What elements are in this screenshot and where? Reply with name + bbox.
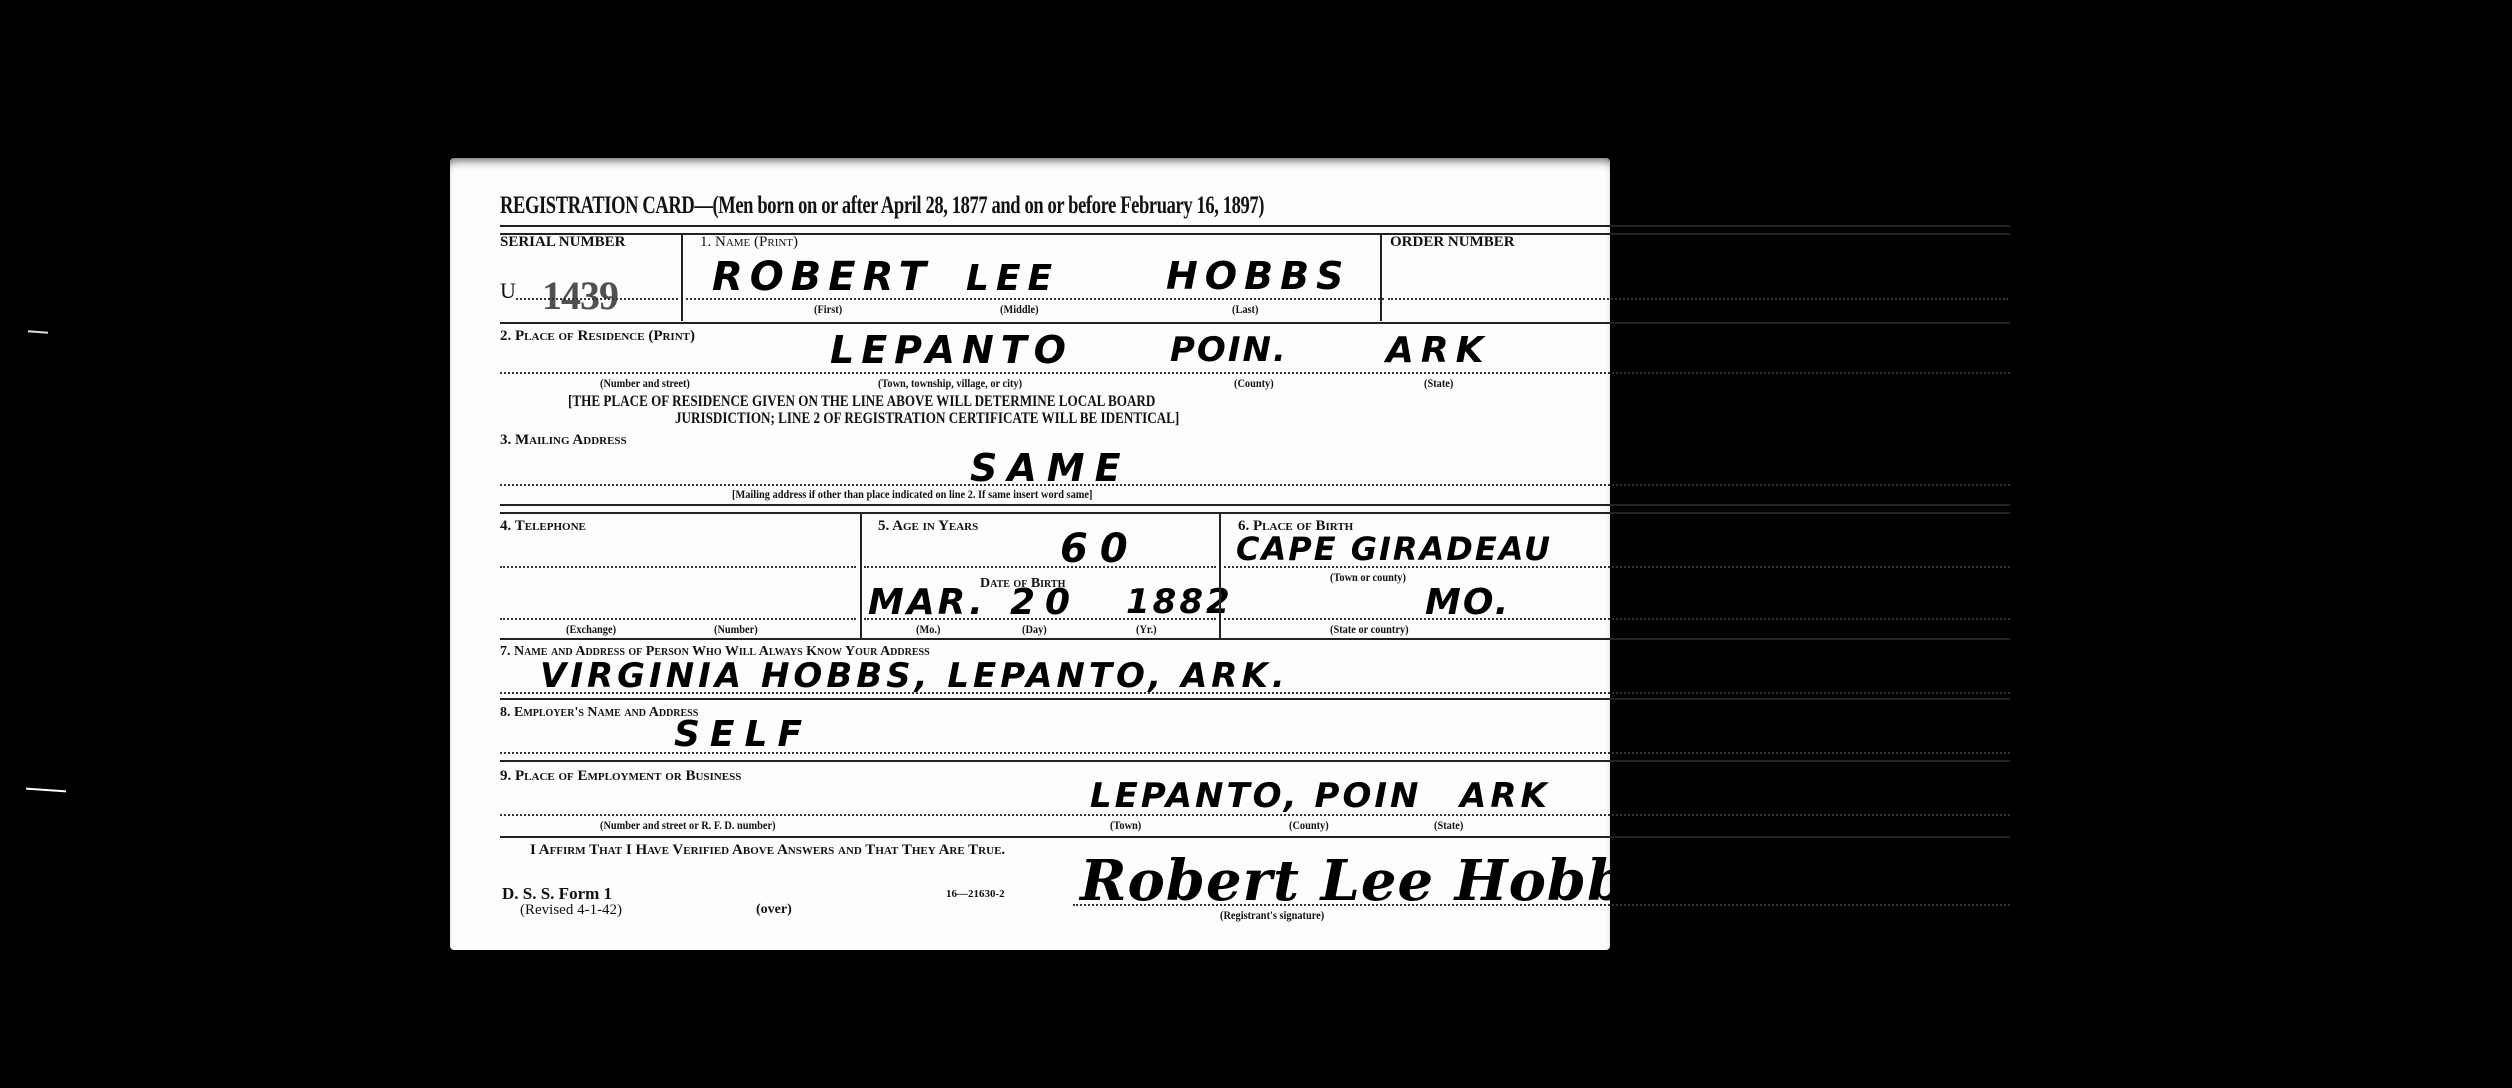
residence-town-caption: (Town, township, village, or city) xyxy=(878,378,1022,390)
residence-town-value: LEPANTO xyxy=(830,328,1073,372)
divider xyxy=(500,322,2010,324)
telephone-exchange-caption: (Exchange) xyxy=(566,624,616,636)
telephone-label: 4. Telephone xyxy=(500,518,586,535)
residence-line xyxy=(500,372,2010,374)
mailing-address-line xyxy=(500,484,2010,486)
employer-label: 8. Employer's Name and Address xyxy=(500,705,698,721)
place-of-employment-county-caption: (County) xyxy=(1289,820,1329,832)
divider xyxy=(500,760,2010,762)
name-middle-caption: (Middle) xyxy=(1000,304,1039,316)
place-of-employment-line xyxy=(500,814,2010,816)
mailing-address-caption: [Mailing address if other than place ind… xyxy=(732,489,1092,501)
serial-number-label: SERIAL NUMBER xyxy=(500,234,625,251)
age-line xyxy=(864,566,1216,568)
divider xyxy=(1219,514,1221,638)
name-first-value: ROBERT xyxy=(712,254,933,300)
divider xyxy=(681,233,683,321)
name-last-caption: (Last) xyxy=(1232,304,1258,316)
residence-notice-line-1: [THE PLACE OF RESIDENCE GIVEN ON THE LIN… xyxy=(568,393,1155,411)
registration-card: REGISTRATION CARD—(Men born on or after … xyxy=(450,158,1610,950)
card-title: REGISTRATION CARD—(Men born on or after … xyxy=(500,192,1264,220)
telephone-line-2 xyxy=(500,618,856,620)
place-of-birth-state-value: MO. xyxy=(1425,582,1510,623)
order-number-line xyxy=(1388,298,2008,300)
telephone-number-caption: (Number) xyxy=(714,624,758,636)
mailing-address-label: 3. Mailing Address xyxy=(500,432,627,449)
employer-value: SELF xyxy=(674,714,812,755)
residence-notice-line-2: JURISDICTION; LINE 2 OF REGISTRATION CER… xyxy=(675,410,1179,428)
signature-line xyxy=(1073,904,2010,906)
order-number-label: ORDER NUMBER xyxy=(1390,234,1515,251)
place-of-birth-state-line xyxy=(1224,618,2010,620)
scan-speck xyxy=(26,788,66,793)
form-revised: (Revised 4-1-42) xyxy=(520,902,622,919)
place-of-employment-state-value: ARK xyxy=(1460,776,1551,816)
place-of-birth-state-caption: (State or country) xyxy=(1330,624,1409,636)
divider xyxy=(860,514,862,638)
divider xyxy=(1380,233,1382,321)
telephone-line-1 xyxy=(500,566,856,568)
name-label: 1. Name (Print) xyxy=(700,234,798,251)
employer-line xyxy=(500,752,2010,754)
scan-speck xyxy=(28,330,48,333)
divider xyxy=(500,638,2010,640)
place-of-birth-town-value: CAPE GIRADEAU xyxy=(1236,530,1552,568)
affirmation-text: I Affirm That I Have Verified Above Answ… xyxy=(530,842,1005,859)
contact-person-line xyxy=(500,692,2010,694)
residence-street-caption: (Number and street) xyxy=(600,378,690,390)
divider xyxy=(500,504,2010,514)
name-first-caption: (First) xyxy=(814,304,842,316)
place-of-employment-town-value: LEPANTO, POIN xyxy=(1090,776,1422,816)
dob-year-value: 1882 xyxy=(1126,582,1233,622)
form-number: D. S. S. Form 1 xyxy=(502,884,612,904)
signature-caption: (Registrant's signature) xyxy=(1220,910,1324,922)
serial-number-value: 1439 xyxy=(542,272,618,319)
residence-label: 2. Place of Residence (Print) xyxy=(500,328,695,345)
place-of-employment-town-caption: (Town) xyxy=(1110,820,1141,832)
dob-month-caption: (Mo.) xyxy=(916,624,940,636)
place-of-employment-state-caption: (State) xyxy=(1434,820,1463,832)
serial-prefix: U xyxy=(500,278,516,304)
dob-month-value: MAR. xyxy=(868,582,986,623)
over-note: (over) xyxy=(756,902,792,918)
divider xyxy=(500,836,2010,838)
residence-state-value: ARK xyxy=(1386,330,1490,371)
name-last-value: HOBBS xyxy=(1166,254,1350,298)
dob-line xyxy=(864,618,1216,620)
name-middle-value: LEE xyxy=(966,258,1059,299)
place-of-birth-town-caption: (Town or county) xyxy=(1330,572,1406,584)
contact-person-value: VIRGINIA HOBBS, LEPANTO, ARK. xyxy=(540,656,1289,696)
residence-state-caption: (State) xyxy=(1424,378,1453,390)
place-of-employment-street-caption: (Number and street or R. F. D. number) xyxy=(600,820,776,832)
place-of-employment-label: 9. Place of Employment or Business xyxy=(500,768,741,785)
dob-day-value: 20 xyxy=(1010,582,1080,623)
residence-county-caption: (County) xyxy=(1234,378,1274,390)
print-code: 16—21630-2 xyxy=(946,888,1005,900)
dob-year-caption: (Yr.) xyxy=(1136,624,1157,636)
dob-day-caption: (Day) xyxy=(1022,624,1047,636)
age-label: 5. Age in Years xyxy=(878,518,978,535)
place-of-birth-town-line xyxy=(1224,566,2010,568)
divider xyxy=(500,698,2010,700)
residence-county-value: POIN. xyxy=(1170,330,1288,370)
